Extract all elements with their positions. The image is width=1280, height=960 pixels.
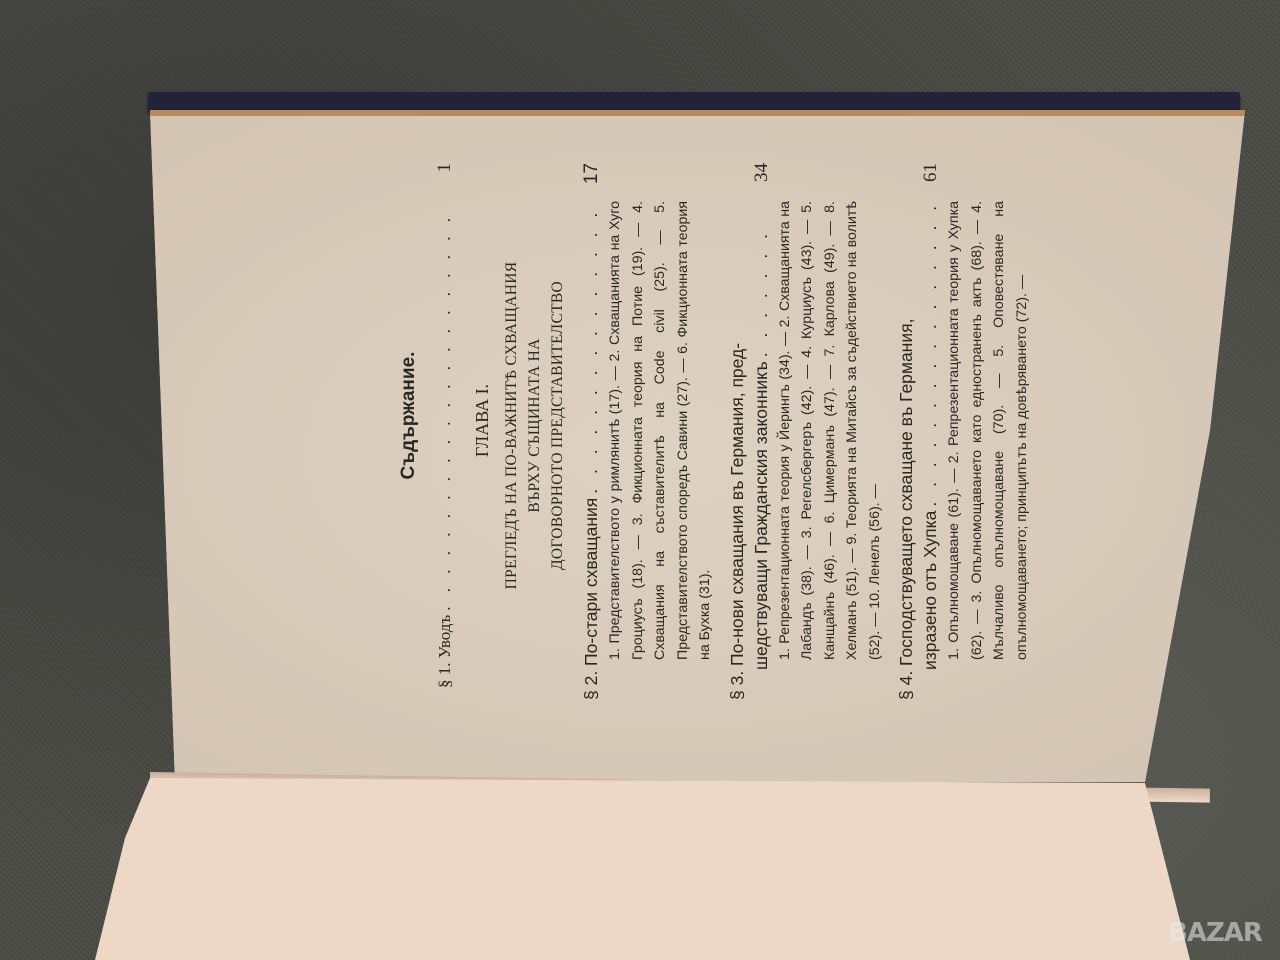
toc-page-number: 1 [426,163,464,201]
section-heading-text: § 4. Господствуващето схващане въ Герман… [894,319,918,700]
toc-entry-intro: § 1. Уводъ . . . . . . . . . . . . . . .… [426,163,464,688]
toc-section-4: § 4. Господствуващето схващане въ Герман… [894,163,1033,708]
toc-section-heading-continued: изразено отъ Хупка . . . . . . . . . . .… [918,163,943,708]
toc-page-number: 61 [919,163,943,201]
watermark-logo: BAZAR [1168,918,1262,948]
leader-dots: . . . . . . . . . . . . . . . . . . . . … [918,205,942,507]
book-cover-edge [148,92,1240,112]
leader-dots: . . . . . . . . . . . . . . . . . . . . … [426,205,464,611]
section-heading-text: изразено отъ Хупка [918,511,942,670]
toc-title: Съдържание. [392,163,426,708]
toc-section-heading-continued: шедствуващи Гражданския законникъ . . . … [749,163,774,708]
chapter-title-line: ВЪРХУ СЪЩИНАТА НА [523,163,546,688]
toc-section-heading: § 2. По-стари схващания . . . . . . . . … [579,163,604,700]
section-items: 1. Репрезентационната теория у Йерингъ (… [774,163,887,708]
section-items: 1. Опълномощаване (61). — 2. Репрезентац… [943,163,1033,708]
section-heading-text: § 3. По-нови схващания въ Германия, пред… [725,343,749,700]
chapter-title-line: ДОГОВОРНОТО ПРЕДСТАВИТЕЛСТВО [546,163,569,688]
section-heading-text: шедствуващи Гражданския законникъ [749,361,773,670]
chapter-label: ГЛАВА I. [464,163,500,708]
toc-page-number: 34 [750,163,774,201]
toc-section-heading: § 3. По-нови схващания въ Германия, пред… [725,163,749,700]
book-page-left [95,778,1195,960]
chapter-title: ПРЕГЛЕДЪ НА ПО-ВАЖНИТѢ СХВАЩАНИЯ ВЪРХУ С… [500,163,569,708]
toc-section-2: § 2. По-стари схващания . . . . . . . . … [579,163,717,708]
section-heading-text: § 2. По-стари схващания [579,498,603,700]
toc-entry-label: § 1. Уводъ [426,615,464,688]
toc-section-3: § 3. По-нови схващания въ Германия, пред… [725,163,887,708]
chapter-title-line: ПРЕГЛЕДЪ НА ПО-ВАЖНИТѢ СХВАЩАНИЯ [500,163,523,688]
leader-dots: . . . . . . . . . . . . . . . . . . . . … [579,205,603,494]
section-items: 1. Представителството у римлянитѣ (17). … [604,163,717,708]
toc-page-number: 17 [580,163,604,201]
leader-dots: . . . . . . . [749,205,773,357]
toc-section-heading: § 4. Господствуващето схващане въ Герман… [894,163,918,700]
table-of-contents: Съдържание. § 1. Уводъ . . . . . . . . .… [392,163,1112,708]
